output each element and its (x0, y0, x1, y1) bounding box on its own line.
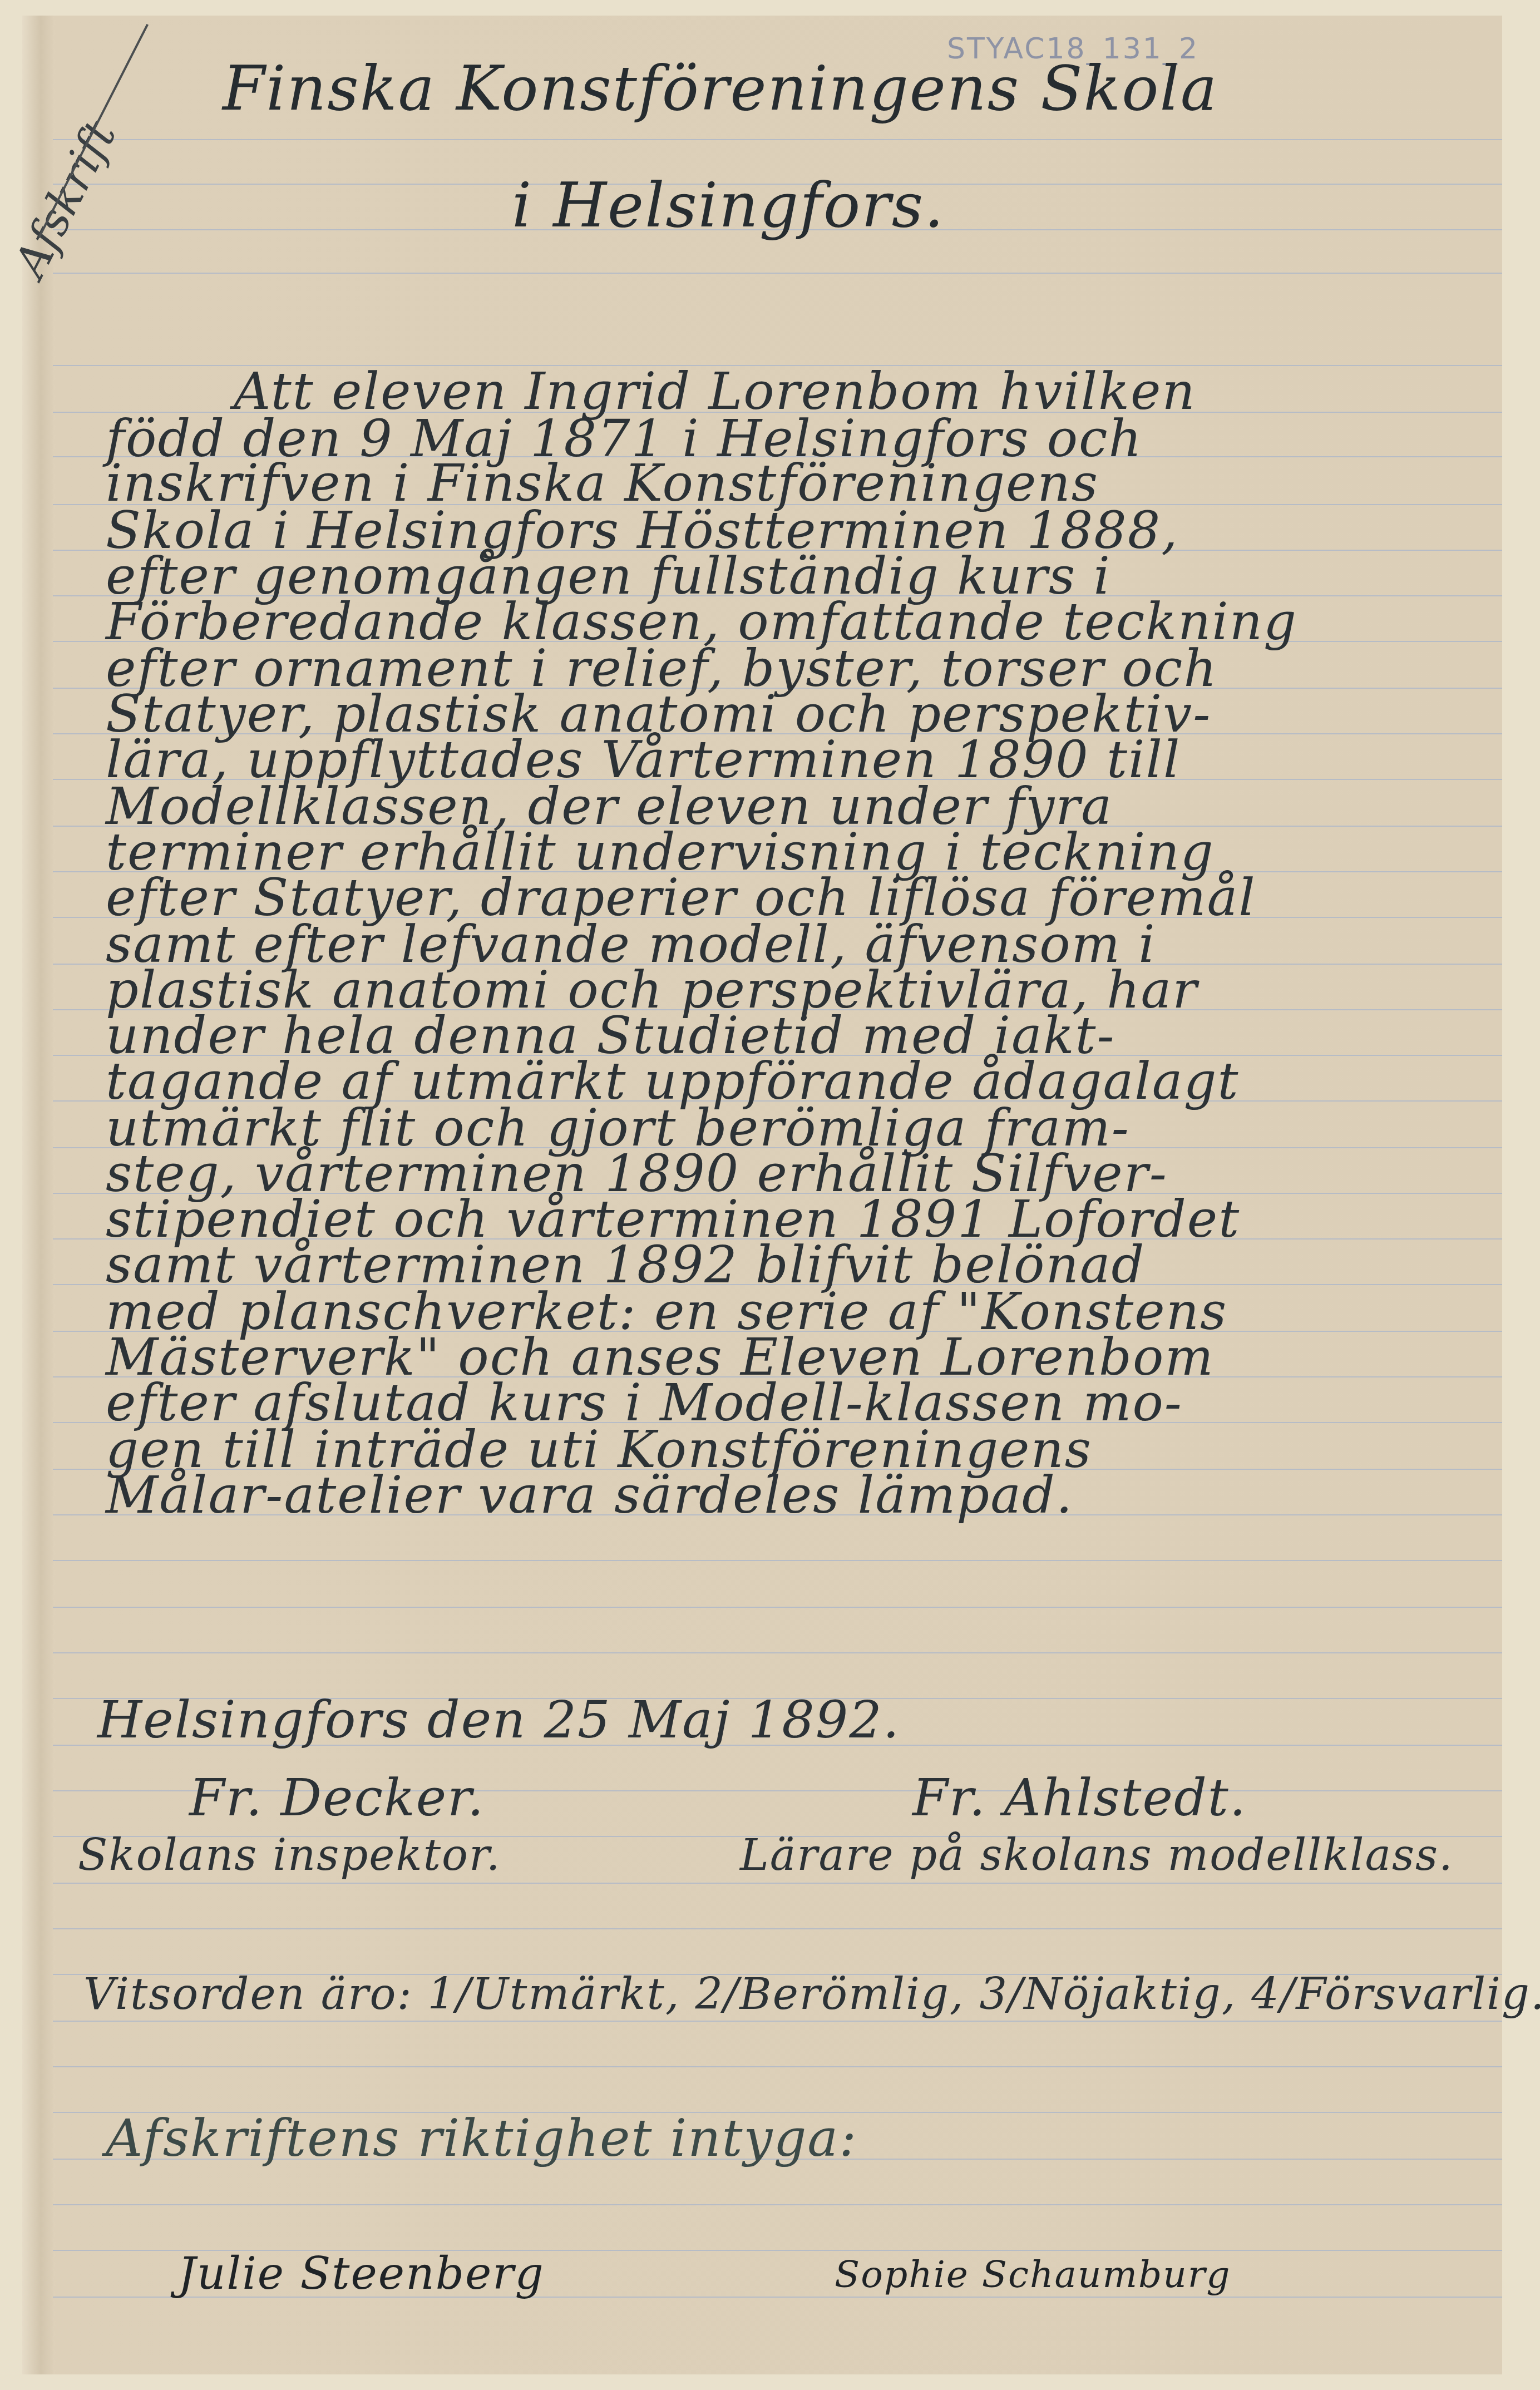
ruled-line (53, 2066, 1502, 2067)
witness-signature-2: Sophie Schaumburg (835, 2253, 1231, 2296)
signatory-2-role: Lärare på skolans modellklass. (740, 1830, 1454, 1880)
ruled-line (53, 2204, 1502, 2205)
signatory-1-role: Skolans inspektor. (78, 1830, 501, 1880)
ruled-line (53, 1928, 1502, 1929)
grading-note: Vitsorden äro: 1/Utmärkt, 2/Berömlig, 3/… (83, 1969, 1540, 2019)
ruled-line (53, 273, 1502, 274)
ruled-line (53, 1560, 1502, 1561)
signatory-2-name: Fr. Ahlstedt. (912, 1768, 1247, 1828)
document-title-line1: Finska Konstföreningens Skola (223, 53, 1218, 124)
ruled-line (53, 1652, 1502, 1653)
paper-fold (22, 16, 53, 2374)
ruled-line (53, 1607, 1502, 1608)
ruled-line (53, 139, 1502, 140)
ruled-line (53, 1883, 1502, 1884)
attestation-line: Afskriftens riktighet intyga: (106, 2108, 857, 2168)
ruled-line (53, 2021, 1502, 2022)
date-line: Helsingfors den 25 Maj 1892. (97, 1690, 900, 1750)
body-line: Målar-atelier vara särdeles lämpad. (106, 1465, 1073, 1525)
witness-signature-1: Julie Steenberg (178, 2248, 545, 2299)
document-title-line2: i Helsingfors. (512, 170, 945, 241)
signatory-1-name: Fr. Decker. (189, 1768, 485, 1828)
